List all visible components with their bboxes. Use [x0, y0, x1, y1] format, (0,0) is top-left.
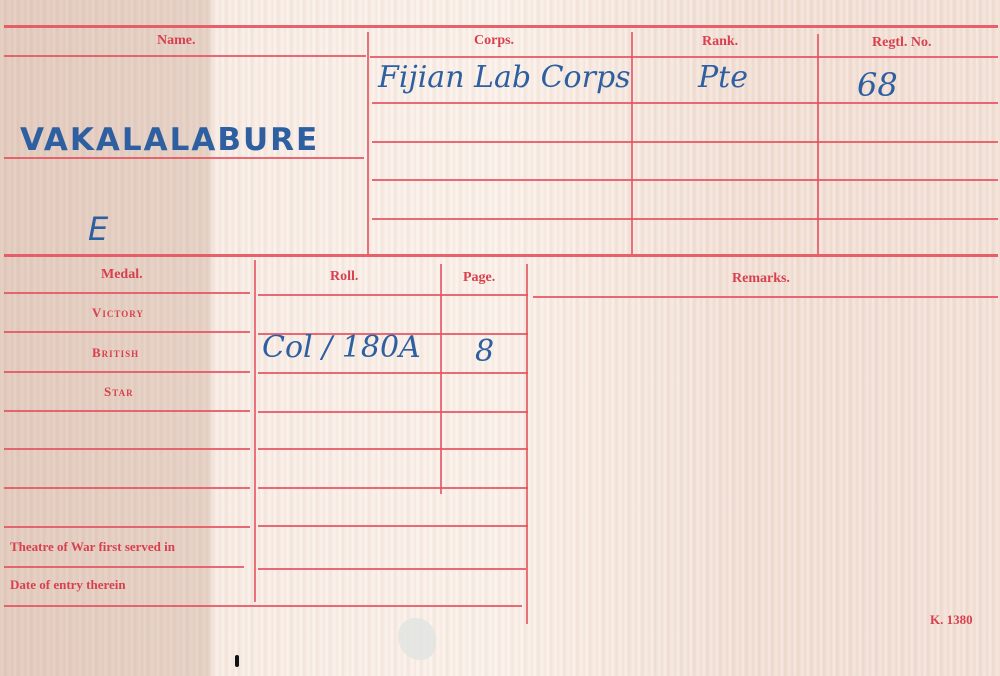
header-medal: Medal.	[101, 267, 143, 283]
surname-entry: VAKALALABURE	[20, 122, 319, 158]
header-corps: Corps.	[474, 33, 514, 49]
rule-row-6	[4, 526, 250, 528]
rule-row-british-r	[258, 372, 528, 374]
header-remarks: Remarks.	[732, 271, 790, 287]
rule-row-4	[4, 448, 250, 450]
corps-entry: Fijian Lab Corps	[378, 60, 631, 95]
divider-roll-page	[440, 264, 442, 494]
rule-medal-header	[4, 292, 250, 294]
label-date-entry: Date of entry therein	[10, 577, 126, 593]
rule-right-2	[372, 141, 998, 143]
rule-right-4	[372, 218, 998, 220]
regtl-no-entry: 68	[857, 66, 898, 104]
rule-row-british	[4, 371, 250, 373]
medal-index-card: Name. Corps. Rank. Regtl. No. VAKALALABU…	[0, 0, 1000, 676]
divider-corps-rank	[631, 32, 633, 254]
rule-right-1	[372, 102, 998, 104]
header-roll: Roll.	[330, 269, 358, 285]
rule-bottom	[4, 605, 522, 607]
roll-entry: Col / 180A	[262, 330, 421, 365]
rule-row-4-r	[258, 448, 528, 450]
rule-top	[4, 25, 998, 28]
rule-roll-header	[258, 294, 528, 296]
medal-star: Star	[104, 384, 134, 400]
header-regtl-no: Regtl. No.	[872, 35, 932, 51]
header-rank: Rank.	[702, 34, 738, 50]
rule-row-star	[4, 410, 250, 412]
paper-stain	[398, 618, 436, 660]
rule-right-3	[372, 179, 998, 181]
header-page: Page.	[463, 270, 495, 286]
initial-entry: E	[88, 210, 108, 248]
rule-row-victory	[4, 331, 250, 333]
form-number: K. 1380	[930, 612, 973, 628]
rule-mid	[4, 254, 998, 257]
rule-row-theatre-r	[258, 568, 526, 570]
rule-row-6-r	[258, 525, 528, 527]
rule-row-star-r	[258, 411, 528, 413]
label-theatre: Theatre of War first served in	[10, 539, 175, 555]
rank-entry: Pte	[698, 60, 748, 95]
ink-mark	[235, 655, 239, 667]
rule-header-right	[370, 56, 998, 58]
rule-row-5	[4, 487, 250, 489]
header-name: Name.	[157, 33, 196, 49]
rule-remarks-header	[533, 296, 998, 298]
rule-row-5-r	[258, 487, 528, 489]
medal-victory: Victory	[92, 305, 144, 321]
medal-british: British	[92, 345, 139, 361]
page-entry: 8	[475, 334, 494, 369]
rule-header-name	[4, 55, 366, 57]
divider-page-remarks	[526, 264, 528, 624]
rule-row-theatre	[4, 566, 244, 568]
divider-name-corps	[367, 32, 369, 254]
divider-medal-roll	[254, 260, 256, 602]
divider-rank-regtl	[817, 34, 819, 254]
